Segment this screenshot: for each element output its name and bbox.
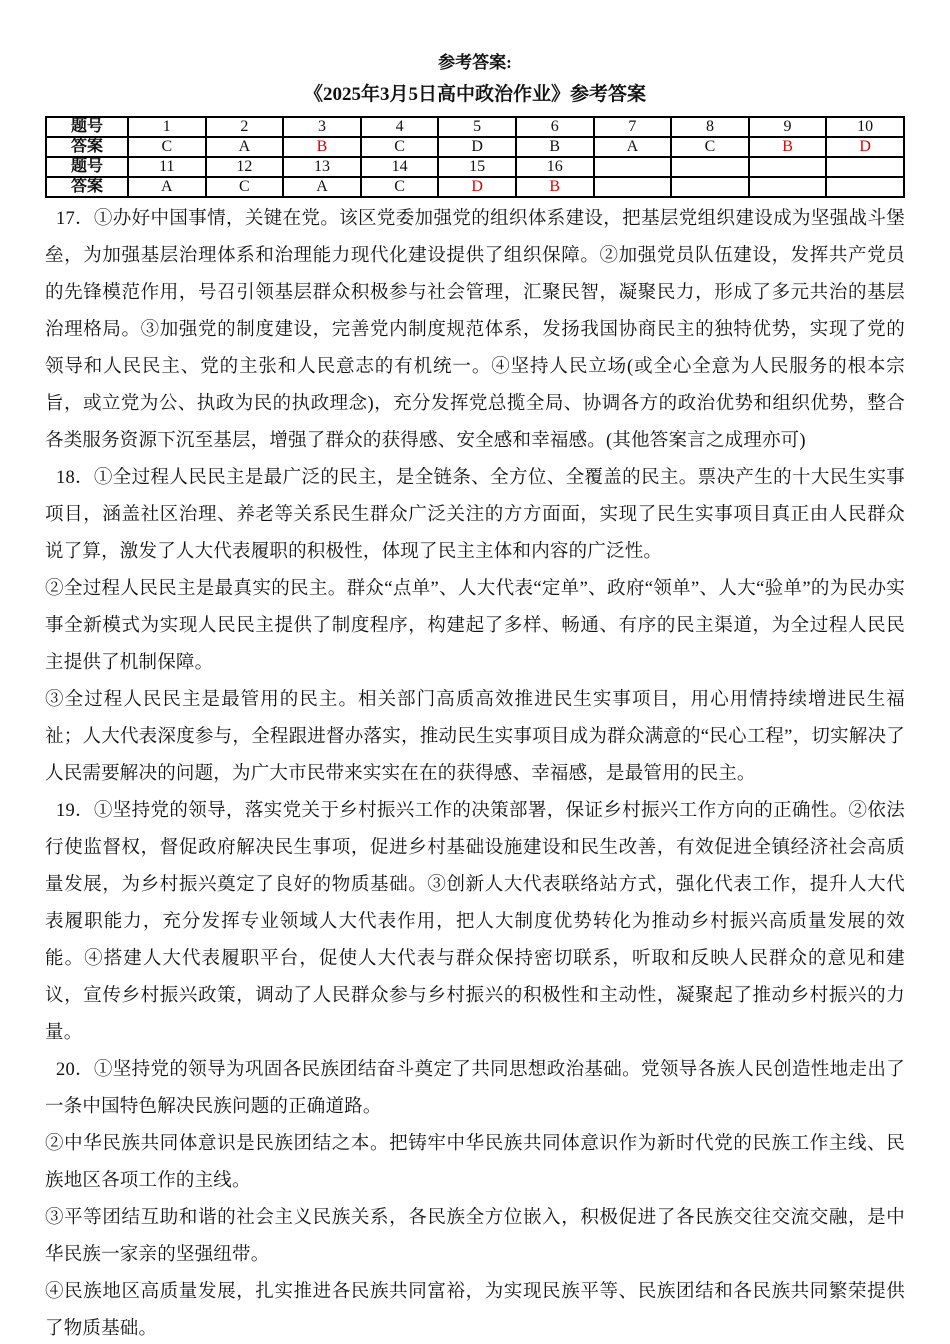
page-title: 参考答案:	[45, 50, 905, 76]
page-subtitle: 《2025年3月5日高中政治作业》参考答案	[45, 82, 905, 108]
question-number-cell	[594, 157, 672, 177]
question-number-cell: 14	[361, 157, 439, 177]
question-number-cell	[749, 157, 827, 177]
question-number-cell: 9	[749, 117, 827, 137]
answer-cell: B	[283, 137, 361, 157]
table-row: 题号111213141516	[46, 157, 904, 177]
answer-cell: D	[826, 137, 904, 157]
answer-cell	[826, 177, 904, 197]
row-label-cell: 题号	[46, 157, 128, 177]
answer-cell	[594, 177, 672, 197]
question-number-cell: 8	[671, 117, 749, 137]
question-number-cell: 7	[594, 117, 672, 137]
answer-paragraph: ④民族地区高质量发展，扎实推进各民族共同富裕，为实现民族平等、民族团结和各民族共…	[45, 1274, 905, 1344]
answer-paragraph: 17．①办好中国事情，关键在党。该区党委加强党的组织体系建设，把基层党组织建设成…	[45, 201, 905, 460]
answer-paragraph: ②中华民族共同体意识是民族团结之本。把铸牢中华民族共同体意识作为新时代党的民族工…	[45, 1126, 905, 1200]
question-number-cell	[671, 157, 749, 177]
answer-cell: C	[361, 177, 439, 197]
question-number-cell	[826, 157, 904, 177]
answer-paragraph: 19．①坚持党的领导，落实党关于乡村振兴工作的决策部署，保证乡村振兴工作方向的正…	[45, 793, 905, 1052]
question-number-cell: 16	[516, 157, 594, 177]
answer-block-20: 20．①坚持党的领导为巩固各民族团结奋斗奠定了共同思想政治基础。党领导各族人民创…	[45, 1052, 905, 1344]
question-number-cell: 6	[516, 117, 594, 137]
question-number-cell: 10	[826, 117, 904, 137]
answer-cell: C	[206, 177, 284, 197]
question-number-cell: 3	[283, 117, 361, 137]
answer-cell: D	[438, 137, 516, 157]
answer-cell: D	[438, 177, 516, 197]
question-number-cell: 13	[283, 157, 361, 177]
answer-cell: B	[516, 137, 594, 157]
question-number-cell: 15	[438, 157, 516, 177]
table-row: 题号12345678910	[46, 117, 904, 137]
answer-cell: A	[594, 137, 672, 157]
row-label-cell: 答案	[46, 137, 128, 157]
answer-cell: C	[671, 137, 749, 157]
answers-section: 17．①办好中国事情，关键在党。该区党委加强党的组织体系建设，把基层党组织建设成…	[45, 201, 905, 1344]
answer-cell	[671, 177, 749, 197]
answer-table-body: 题号12345678910答案CABCDBACBD题号111213141516答…	[46, 117, 904, 197]
table-row: 答案CABCDBACBD	[46, 137, 904, 157]
question-number-cell: 2	[206, 117, 284, 137]
question-number-cell: 5	[438, 117, 516, 137]
answer-block-19: 19．①坚持党的领导，落实党关于乡村振兴工作的决策部署，保证乡村振兴工作方向的正…	[45, 793, 905, 1052]
answer-paragraph: 20．①坚持党的领导为巩固各民族团结奋斗奠定了共同思想政治基础。党领导各族人民创…	[45, 1052, 905, 1126]
answer-cell: B	[749, 137, 827, 157]
document-page: 参考答案: 《2025年3月5日高中政治作业》参考答案 题号1234567891…	[0, 0, 950, 1344]
answer-block-18: 18．①全过程人民民主是最广泛的民主，是全链条、全方位、全覆盖的民主。票决产生的…	[45, 460, 905, 793]
answer-paragraph: ②全过程人民民主是最真实的民主。群众“点单”、人大代表“定单”、政府“领单”、人…	[45, 571, 905, 682]
question-number-cell: 11	[128, 157, 206, 177]
row-label-cell: 答案	[46, 177, 128, 197]
answer-key-table: 题号12345678910答案CABCDBACBD题号111213141516答…	[45, 116, 905, 198]
answer-cell: C	[128, 137, 206, 157]
answer-paragraph: ③全过程人民民主是最管用的民主。相关部门高质高效推进民生实事项目，用心用情持续增…	[45, 682, 905, 793]
answer-cell: C	[361, 137, 439, 157]
question-number-cell: 12	[206, 157, 284, 177]
answer-paragraph: 18．①全过程人民民主是最广泛的民主，是全链条、全方位、全覆盖的民主。票决产生的…	[45, 460, 905, 571]
question-number-cell: 1	[128, 117, 206, 137]
answer-block-17: 17．①办好中国事情，关键在党。该区党委加强党的组织体系建设，把基层党组织建设成…	[45, 201, 905, 460]
question-number-cell: 4	[361, 117, 439, 137]
table-row: 答案ACACDB	[46, 177, 904, 197]
answer-paragraph: ③平等团结互助和谐的社会主义民族关系，各民族全方位嵌入，积极促进了各民族交往交流…	[45, 1200, 905, 1274]
answer-cell	[749, 177, 827, 197]
answer-cell: A	[206, 137, 284, 157]
answer-cell: A	[128, 177, 206, 197]
answer-cell: A	[283, 177, 361, 197]
answer-cell: B	[516, 177, 594, 197]
row-label-cell: 题号	[46, 117, 128, 137]
